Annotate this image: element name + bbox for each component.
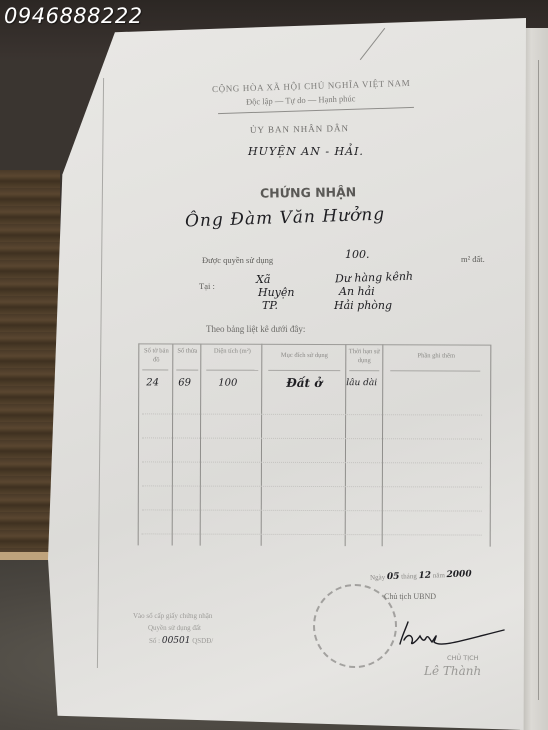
adjacent-page-rule xyxy=(538,60,539,700)
month-label: tháng xyxy=(401,572,417,581)
registry-number: 00501 xyxy=(162,636,191,646)
cell-area: 100 xyxy=(218,378,237,389)
commune-label: Xã xyxy=(256,273,270,286)
registry-number-line: Số : 00501 QSDĐ/ xyxy=(149,636,213,646)
table-intro: Theo bảng liệt kê dưới đây: xyxy=(206,324,305,334)
registry-prefix: Số : xyxy=(149,637,160,645)
usage-area-value: 100. xyxy=(345,248,370,261)
certificate-title: CHỨNG NHẬN xyxy=(260,184,356,200)
district-value: An hải xyxy=(339,285,375,298)
city-value: Hải phòng xyxy=(334,299,392,312)
wooden-surface-edge xyxy=(0,552,52,560)
cell-term: lâu dài xyxy=(346,378,377,388)
registry-suffix: QSDĐ/ xyxy=(192,637,213,645)
blank-row xyxy=(142,533,482,535)
date-month: 12 xyxy=(418,571,431,581)
blank-row xyxy=(142,485,482,487)
commune-value: Dư hàng kênh xyxy=(335,270,413,286)
column-divider xyxy=(382,344,384,546)
land-parcel-table: Số tờ bản đồ Số thửa Diện tích (m²) Mục … xyxy=(138,343,495,550)
column-divider xyxy=(345,344,347,546)
header-rule xyxy=(176,370,198,371)
year-label: năm xyxy=(433,571,445,579)
header-rule xyxy=(142,369,168,370)
signature-icon xyxy=(394,618,506,652)
district-name: HUYỆN AN - HẢI. xyxy=(248,145,364,158)
header-rule xyxy=(349,370,379,371)
date-day: 05 xyxy=(387,572,400,582)
background-left xyxy=(0,60,70,170)
registry-line-2: Quyền sử dụng đất xyxy=(148,624,201,632)
column-header-term: Thời hạn sử dụng xyxy=(347,347,381,365)
blank-row xyxy=(142,413,482,415)
column-divider xyxy=(261,344,263,546)
district-label: Huyện xyxy=(258,286,295,299)
date-prefix: Ngày xyxy=(370,573,385,582)
committee-label: ỦY BAN NHÂN DÂN xyxy=(250,123,349,135)
cell-map-sheet: 24 xyxy=(146,377,159,388)
column-header-notes: Phần ghi thêm xyxy=(384,347,488,360)
phone-watermark: 0946888222 xyxy=(4,4,143,28)
blank-row xyxy=(142,437,482,439)
cell-parcel: 69 xyxy=(178,378,191,389)
stamp-name: Lê Thành xyxy=(424,664,481,678)
column-divider xyxy=(200,344,202,546)
blank-row xyxy=(142,509,482,511)
city-label: TP. xyxy=(262,299,278,312)
column-header-purpose: Mục đích sử dụng xyxy=(264,347,344,360)
blank-row xyxy=(142,461,482,463)
table-border-top xyxy=(138,343,490,345)
cell-purpose: Đất ở xyxy=(286,376,322,390)
header-rule xyxy=(206,370,258,371)
column-header-parcel: Số thửa xyxy=(174,347,200,356)
table-border-left xyxy=(138,343,140,545)
column-divider xyxy=(172,343,174,545)
column-header-area: Diện tích (m²) xyxy=(204,347,260,356)
usage-area-unit: m² đất. xyxy=(461,254,485,264)
stamp-title: CHỦ TỊCH xyxy=(447,654,479,662)
official-seal-icon xyxy=(313,584,397,668)
header-rule xyxy=(268,370,340,371)
column-header-map-sheet: Số tờ bản đồ xyxy=(140,346,172,364)
date-year: 2000 xyxy=(446,569,471,580)
location-label: Tại : xyxy=(199,281,215,291)
signer-title: Chủ tịch UBND xyxy=(384,592,436,601)
registry-line-1: Vào sổ cấp giấy chứng nhận xyxy=(133,612,212,620)
header-rule xyxy=(390,370,480,371)
usage-label: Được quyền sử dụng xyxy=(202,255,273,265)
table-border-right xyxy=(490,345,492,547)
